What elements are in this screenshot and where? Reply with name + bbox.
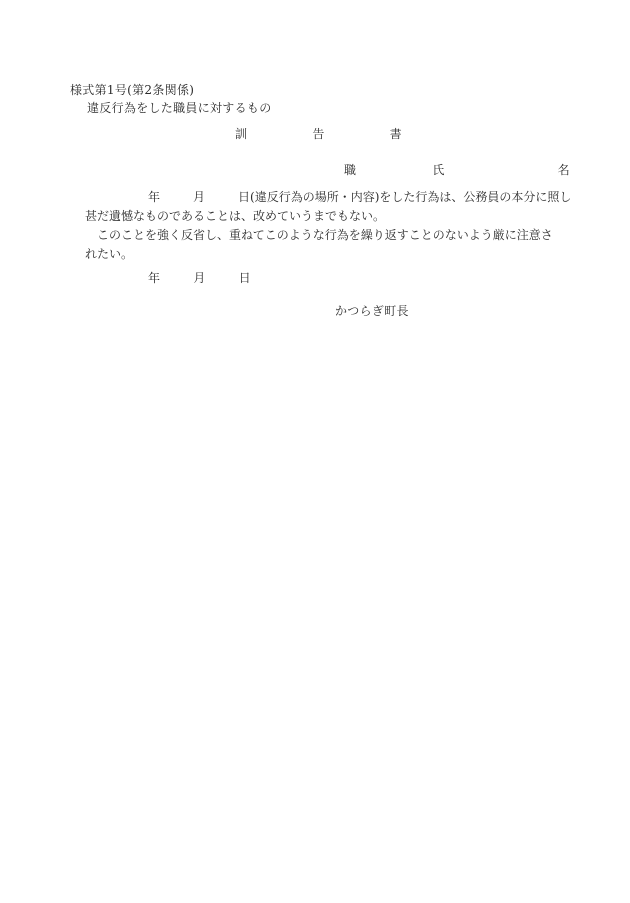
date-year-label: 年 xyxy=(148,272,160,284)
signature-line: 職 氏 名 xyxy=(344,164,570,176)
document-title: 訓 告 書 xyxy=(235,128,402,140)
date-day-label: 日 xyxy=(239,272,251,284)
date-month-label: 月 xyxy=(193,272,205,284)
subject-label: 違反行為をした職員に対するもの xyxy=(87,102,272,114)
body-line-2: 甚だ遺憾なものであることは、改めていうまでもない。 xyxy=(85,210,385,222)
inline-date-month-label: 月 xyxy=(193,191,205,203)
form-number-label: 様式第1号(第2条関係) xyxy=(70,84,194,96)
family-name-label: 氏 xyxy=(432,164,444,176)
given-name-label: 名 xyxy=(558,164,570,176)
document-page: 様式第1号(第2条関係) 違反行為をした職員に対するもの 訓 告 書 職 氏 名… xyxy=(0,0,630,903)
title-char-1: 訓 xyxy=(235,128,247,140)
body-line-3: このことを強く反省し、重ねてこのような行為を繰り返すことのないよう厳に注意さ xyxy=(97,229,553,241)
position-label: 職 xyxy=(344,164,356,176)
title-char-3: 書 xyxy=(390,128,402,140)
inline-date-day-label: 日 xyxy=(238,191,250,203)
issuer-label: かつらぎ町長 xyxy=(335,305,409,317)
inline-date-year-label: 年 xyxy=(148,191,160,203)
body-line-1: 年 月 日 (違反行為の場所・内容)をした行為は、公務員の本分に照し xyxy=(148,191,571,203)
body-line-1-text: (違反行為の場所・内容)をした行為は、公務員の本分に照し xyxy=(250,191,571,203)
issue-date-line: 年 月 日 xyxy=(148,272,251,284)
title-char-2: 告 xyxy=(312,128,324,140)
body-line-4: れたい。 xyxy=(85,248,133,260)
